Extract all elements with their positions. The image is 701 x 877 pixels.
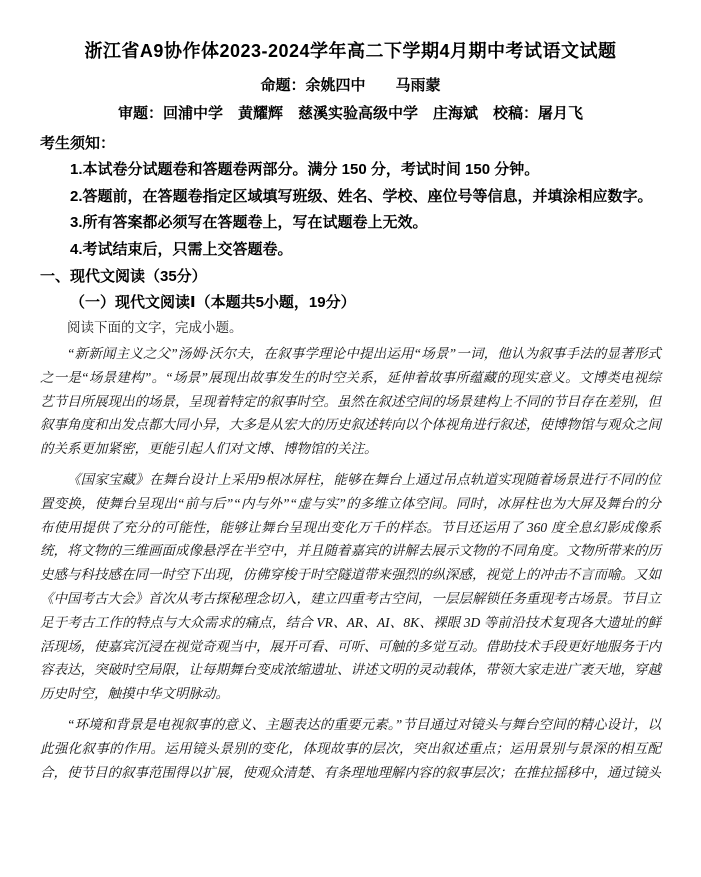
passage-paragraph-3: “环境和背景是电视叙事的意义、主题表达的重要元素。”节目通过对镜头与舞台空间的精… bbox=[40, 713, 661, 784]
notice-item-1: 1.本试卷分试题卷和答题卷两部分。满分 150 分，考试时间 150 分钟。 bbox=[40, 157, 661, 184]
notice-item-4: 4.考试结束后，只需上交答题卷。 bbox=[40, 237, 661, 264]
notice-item-2: 2.答题前，在答题卷指定区域填写班级、姓名、学校、座位号等信息，并填涂相应数字。 bbox=[40, 184, 661, 211]
reading-instruction: 阅读下面的文字，完成小题。 bbox=[40, 316, 661, 340]
section-heading-modern-reading: 一、现代文阅读（35分） bbox=[40, 264, 661, 290]
document-title: 浙江省A9协作体2023-2024学年高二下学期4月期中考试语文试题 bbox=[40, 38, 661, 64]
notice-heading: 考生须知： bbox=[40, 131, 661, 157]
exam-paper-page: 浙江省A9协作体2023-2024学年高二下学期4月期中考试语文试题 命题：余姚… bbox=[0, 0, 701, 877]
subsection-heading-reading-1: （一）现代文阅读Ⅰ（本题共5小题，19分） bbox=[40, 290, 661, 316]
byline-reviewer: 审题：回浦中学 黄耀辉 慈溪实验高级中学 庄海斌 校稿：屠月飞 bbox=[40, 103, 661, 125]
reading-passage: “新新闻主义之父”汤姆·沃尔夫，在叙事学理论中提出运用“场景”一词，他认为叙事手… bbox=[40, 342, 661, 784]
notice-item-3: 3.所有答案都必须写在答题卷上，写在试题卷上无效。 bbox=[40, 210, 661, 237]
passage-paragraph-1: “新新闻主义之父”汤姆·沃尔夫，在叙事学理论中提出运用“场景”一词，他认为叙事手… bbox=[40, 342, 661, 461]
byline-setter: 命题：余姚四中 马雨蒙 bbox=[40, 75, 661, 97]
passage-paragraph-2: 《国家宝藏》在舞台设计上采用9根冰屏柱，能够在舞台上通过吊点轨道实现随着场景进行… bbox=[40, 468, 661, 706]
